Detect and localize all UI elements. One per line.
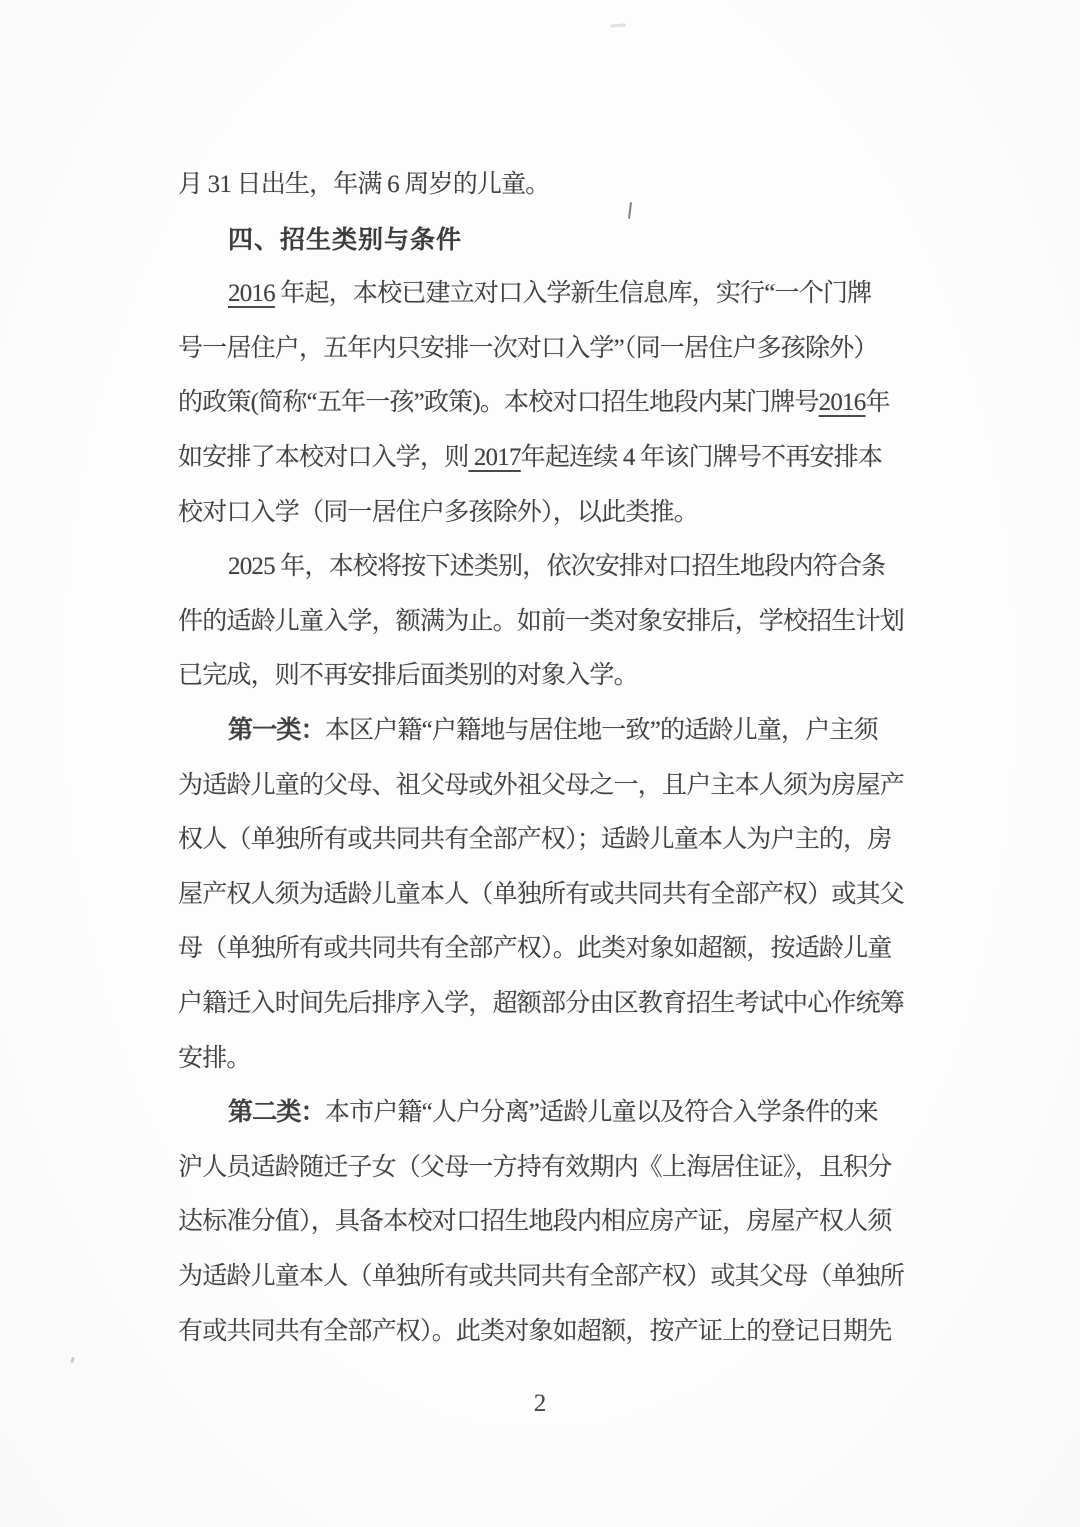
text-run: 件的适龄儿童入学，额满为止。如前一类对象安排后，学校招生计划 xyxy=(178,608,904,635)
text-run: 本市户籍“人户分离”适龄儿童以及符合入学条件的来 xyxy=(325,1099,878,1126)
page-number: 2 xyxy=(0,1390,1080,1418)
text-line: 第一类：本区户籍“户籍地与居住地一致”的适龄儿童，户主须 xyxy=(178,715,988,747)
text-run: 户籍迁入时间先后排序入学，超额部分由区教育招生考试中心作统筹 xyxy=(178,990,904,1017)
text-line: 达标准分值），具备本校对口招生地段内相应房产证，房屋产权人须 xyxy=(178,1206,938,1238)
text-run: 2016 xyxy=(819,389,866,416)
document-lines: 月 31 日出生，年满 6 周岁的儿童。四、招生类别与条件 2016 年起，本校… xyxy=(0,0,1080,1527)
text-run: 的政策(简称“五年一孩”政策)。本校对口招生地段内某门牌号 xyxy=(178,389,819,416)
section-heading: 四、招生类别与条件 xyxy=(178,224,988,256)
text-run: 2025 年，本校将按下述类别，依次安排对口招生地段内符合条 xyxy=(228,553,885,580)
text-run: 年起连续 4 年该门牌号不再安排本 xyxy=(521,444,882,471)
text-line: 有或共同共有全部产权）。此类对象如超额，按产证上的登记日期先 xyxy=(178,1316,938,1348)
text-line: 如安排了本校对口入学，则 2017年起连续 4 年该门牌号不再安排本 xyxy=(178,442,938,474)
text-line: 母（单独所有或共同共有全部产权）。此类对象如超额，按适龄儿童 xyxy=(178,933,938,965)
text-run: 为适龄儿童的父母、祖父母或外祖父母之一，且户主本人须为房屋产 xyxy=(178,772,904,799)
text-run: 如安排了本校对口入学，则 xyxy=(178,444,468,471)
text-run: 年 xyxy=(865,389,889,416)
text-run: 为适龄儿童本人（单独所有或共同共有全部产权）或其父母（单独所 xyxy=(178,1263,904,1290)
text-run: 月 31 日出生，年满 6 周岁的儿童。 xyxy=(178,171,550,198)
text-line: 的政策(简称“五年一孩”政策)。本校对口招生地段内某门牌号2016年 xyxy=(178,387,938,419)
text-run: 安排。 xyxy=(178,1045,251,1072)
scanned-document-page: 月 31 日出生，年满 6 周岁的儿童。四、招生类别与条件 2016 年起，本校… xyxy=(0,0,1080,1527)
text-line: 号一居住户，五年内只安排一次对口入学”（同一居住户多孩除外） xyxy=(178,333,938,365)
text-line: 已完成，则不再安排后面类别的对象入学。 xyxy=(178,660,938,692)
text-run: 沪人员适龄随迁子女（父母一方持有效期内《上海居住证》，且积分 xyxy=(178,1154,892,1181)
text-run: 号一居住户，五年内只安排一次对口入学”（同一居住户多孩除外） xyxy=(178,335,878,362)
text-line: 权人（单独所有或共同共有全部产权）；适龄儿童本人为户主的，房 xyxy=(178,824,938,856)
text-run: 第一类： xyxy=(228,717,325,744)
text-line: 为适龄儿童本人（单独所有或共同共有全部产权）或其父母（单独所 xyxy=(178,1261,938,1293)
text-run: 已完成，则不再安排后面类别的对象入学。 xyxy=(178,662,638,689)
text-line: 件的适龄儿童入学，额满为止。如前一类对象安排后，学校招生计划 xyxy=(178,606,938,638)
text-line: 为适龄儿童的父母、祖父母或外祖父母之一，且户主本人须为房屋产 xyxy=(178,770,938,802)
text-line: 第二类：本市户籍“人户分离”适龄儿童以及符合入学条件的来 xyxy=(178,1097,988,1129)
text-run: 校对口入学（同一居住户多孩除外），以此类推。 xyxy=(178,499,698,526)
text-run: 本区户籍“户籍地与居住地一致”的适龄儿童，户主须 xyxy=(325,717,878,744)
text-run: 年起，本校已建立对口入学新生信息库，实行“一个门牌 xyxy=(275,280,872,307)
text-run: 2016 xyxy=(228,280,275,307)
text-line: 2016 年起，本校已建立对口入学新生信息库，实行“一个门牌 xyxy=(178,278,988,310)
text-run: 第二类： xyxy=(228,1099,325,1126)
text-run: 权人（单独所有或共同共有全部产权）；适龄儿童本人为户主的，房 xyxy=(178,826,892,853)
text-line: 屋产权人须为适龄儿童本人（单独所有或共同共有全部产权）或其父 xyxy=(178,879,938,911)
text-line: 2025 年，本校将按下述类别，依次安排对口招生地段内符合条 xyxy=(178,551,988,583)
text-run: 2017 xyxy=(468,444,520,471)
text-line: 校对口入学（同一居住户多孩除外），以此类推。 xyxy=(178,497,938,529)
text-run: 屋产权人须为适龄儿童本人（单独所有或共同共有全部产权）或其父 xyxy=(178,881,904,908)
text-run: 有或共同共有全部产权）。此类对象如超额，按产证上的登记日期先 xyxy=(178,1318,892,1345)
text-run: 四、招生类别与条件 xyxy=(228,226,462,254)
text-run: 母（单独所有或共同共有全部产权）。此类对象如超额，按适龄儿童 xyxy=(178,935,892,962)
text-run: 达标准分值），具备本校对口招生地段内相应房产证，房屋产权人须 xyxy=(178,1208,892,1235)
text-line: 沪人员适龄随迁子女（父母一方持有效期内《上海居住证》，且积分 xyxy=(178,1152,938,1184)
text-line: 月 31 日出生，年满 6 周岁的儿童。 xyxy=(178,169,938,201)
text-line: 安排。 xyxy=(178,1043,938,1075)
text-line: 户籍迁入时间先后排序入学，超额部分由区教育招生考试中心作统筹 xyxy=(178,988,938,1020)
